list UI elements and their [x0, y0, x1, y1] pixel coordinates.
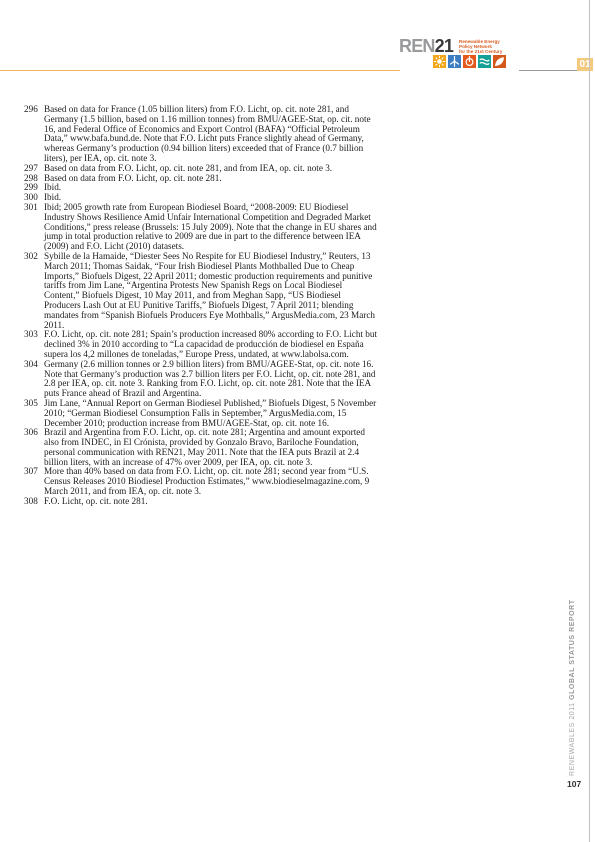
tagline-line: for the 21st Century — [459, 49, 502, 54]
header-accent-rule — [0, 70, 400, 71]
leaf-icon — [493, 55, 506, 68]
endnote-number: 308 — [24, 497, 38, 507]
chapter-tab: 01 — [577, 58, 593, 71]
endnote-text: Brazil and Argentina from F.O. Licht, op… — [44, 427, 365, 466]
power-icon — [463, 55, 476, 68]
page-edge-rule — [589, 0, 590, 842]
endnote-number: 305 — [24, 399, 38, 409]
endnote-307: 307More than 40% based on data from F.O.… — [24, 467, 378, 496]
endnote-303: 303F.O. Licht, op. cit. note 281; Spain’… — [24, 330, 378, 359]
endnote-text: Based on data for France (1.05 billion l… — [44, 104, 371, 163]
page-number: 107 — [567, 779, 581, 789]
endnote-text: F.O. Licht, op. cit. note 281. — [44, 496, 148, 506]
logo-tagline: Renewable Energy Policy Network for the … — [459, 39, 502, 55]
report-title-vertical: RENEWABLES 2011 GLOBAL STATUS REPORT — [569, 594, 576, 776]
endnote-text: Based on data from F.O. Licht, op. cit. … — [44, 173, 222, 183]
endnote-306: 306Brazil and Argentina from F.O. Licht,… — [24, 428, 378, 467]
endnote-304: 304Germany (2.6 million tonnes or 2.9 bi… — [24, 360, 378, 399]
endnote-299: 299Ibid. — [24, 183, 378, 193]
endnote-text: Jim Lane, “Annual Report on German Biodi… — [44, 398, 376, 428]
sun-icon — [433, 55, 446, 68]
endnote-number: 307 — [24, 467, 38, 477]
endnote-296: 296Based on data for France (1.05 billio… — [24, 105, 378, 164]
endnote-text: Ibid. — [44, 192, 61, 202]
logo-text-light: REN — [399, 36, 435, 56]
report-title-light: RENEWABLES 2011 — [569, 700, 576, 776]
endnote-302: 302Sybille de la Hamaide, “Diester Sees … — [24, 252, 378, 330]
endnote-298: 298Based on data from F.O. Licht, op. ci… — [24, 174, 378, 184]
waves-icon — [478, 55, 491, 68]
report-title-bold: GLOBAL STATUS REPORT — [569, 599, 576, 699]
endnote-number: 306 — [24, 428, 38, 438]
endnote-305: 305Jim Lane, “Annual Report on German Bi… — [24, 399, 378, 428]
endnote-text: More than 40% based on data from F.O. Li… — [44, 466, 369, 496]
endnote-number: 301 — [24, 203, 38, 213]
endnote-301: 301Ibid; 2005 growth rate from European … — [24, 203, 378, 252]
endnote-text: F.O. Licht, op. cit. note 281; Spain’s p… — [44, 329, 377, 359]
endnote-number: 303 — [24, 330, 38, 340]
endnote-text: Based on data from F.O. Licht, op. cit. … — [44, 163, 332, 173]
endnote-text: Ibid. — [44, 182, 61, 192]
document-page: REN21 Renewable Energy Policy Network fo… — [0, 0, 595, 842]
endnote-number: 302 — [24, 252, 38, 262]
endnotes-section: 296Based on data for France (1.05 billio… — [24, 105, 378, 507]
endnote-number: 304 — [24, 360, 38, 370]
endnote-308: 308F.O. Licht, op. cit. note 281. — [24, 497, 378, 507]
ren21-logo: REN21 — [399, 37, 453, 55]
logo-text-bold: 21 — [435, 36, 453, 56]
renewables-icon-row — [433, 55, 506, 68]
endnote-text: Germany (2.6 million tonnes or 2.9 billi… — [44, 359, 375, 398]
endnote-text: Sybille de la Hamaide, “Diester Sees No … — [44, 251, 375, 330]
endnote-text: Ibid; 2005 growth rate from European Bio… — [44, 202, 377, 251]
wind-turbine-icon — [448, 55, 461, 68]
endnote-number: 296 — [24, 105, 38, 115]
